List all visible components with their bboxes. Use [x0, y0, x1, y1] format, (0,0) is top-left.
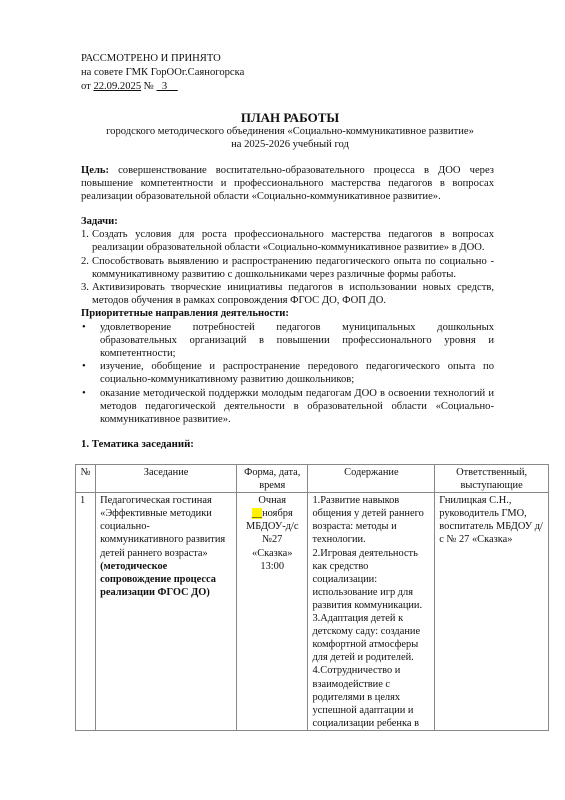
col-content: Содержание	[308, 465, 435, 493]
section-title: 1. Тематика заседаний:	[81, 438, 194, 450]
date-blank-highlight: __	[252, 508, 262, 519]
content-item: 4.Сотрудничество и взаимодействие с роди…	[312, 664, 430, 729]
goal-paragraph: Цель: совершенствование воспитательно-об…	[81, 164, 494, 204]
title-block: ПЛАН РАБОТЫ городского методического объ…	[80, 110, 500, 151]
tasks-list: 1.Создать условия для роста профессионал…	[81, 228, 494, 307]
form-date-cell: Очная __ноября МБДОУ-д/с №27 «Сказка» 13…	[237, 493, 308, 731]
approval-line-3: от 22.09.2025 № _3__	[81, 80, 244, 94]
approval-date: 22.09.2025	[93, 81, 141, 92]
table-header-row: № Заседание Форма, дата, время Содержани…	[76, 465, 549, 493]
approval-line-2: на совете ГМК ГорООг.Саяногорска	[81, 66, 244, 80]
task-text: Создать условия для роста профессиональн…	[92, 229, 494, 253]
task-number: 1.	[81, 228, 89, 241]
col-form-date-time: Форма, дата, время	[237, 465, 308, 493]
content-item: 2.Игровая деятельность как средство соци…	[312, 547, 430, 612]
priority-text: удовлетворение потребностей педагогов му…	[100, 322, 494, 359]
goal-text: совершенствование воспитательно-образова…	[81, 165, 494, 202]
priority-item: •удовлетворение потребностей педагогов м…	[81, 321, 494, 361]
task-item: 2.Способствовать выявлению и распростран…	[81, 255, 494, 281]
task-item: 3.Активизировать творческие инициативы п…	[81, 281, 494, 307]
priority-item: •изучение, обобщение и распространение п…	[81, 360, 494, 386]
goal-label: Цель:	[81, 165, 109, 176]
content-cell: 1.Развитие навыков общения у детей ранне…	[308, 493, 435, 731]
meeting-cell: Педагогическая гостиная «Эффективные мет…	[96, 493, 237, 731]
bullet-icon: •	[82, 321, 86, 334]
priorities-list: •удовлетворение потребностей педагогов м…	[81, 321, 494, 427]
academic-year: на 2025-2026 учебный год	[80, 138, 500, 151]
meeting-note: (методическое сопровождение процесса реа…	[100, 561, 216, 598]
meeting-time: 13:00	[241, 560, 303, 573]
priority-text: изучение, обобщение и распространение пе…	[100, 361, 494, 385]
page-subtitle: городского методического объединения «Со…	[80, 125, 500, 138]
task-text: Способствовать выявлению и распространен…	[92, 256, 494, 280]
meeting-title: Педагогическая гостиная «Эффективные мет…	[100, 495, 225, 558]
bullet-icon: •	[82, 387, 86, 400]
task-number: 2.	[81, 255, 89, 268]
bullet-icon: •	[82, 360, 86, 373]
content-item: 1.Развитие навыков общения у детей ранне…	[312, 494, 430, 546]
row-number: 1	[76, 493, 96, 731]
meeting-place: МБДОУ-д/с №27 «Сказка»	[241, 520, 303, 559]
col-number: №	[76, 465, 96, 493]
content-item: 3.Адаптация детей к детскому саду: созда…	[312, 612, 430, 664]
page-title: ПЛАН РАБОТЫ	[80, 110, 500, 125]
num-prefix: №	[141, 81, 156, 92]
task-number: 3.	[81, 281, 89, 294]
meeting-form: Очная	[241, 494, 303, 507]
content-list: 1.Развитие навыков общения у детей ранне…	[312, 494, 430, 730]
meeting-date: __ноября	[241, 507, 303, 520]
priority-item: •оказание методической поддержки молодым…	[81, 387, 494, 427]
tasks-label: Задачи:	[81, 215, 494, 228]
document-page: РАССМОТРЕНО И ПРИНЯТО на совете ГМК ГорО…	[0, 0, 565, 800]
date-month: ноября	[262, 508, 293, 519]
approval-line-1: РАССМОТРЕНО И ПРИНЯТО	[81, 52, 244, 66]
date-prefix: от	[81, 81, 93, 92]
task-item: 1.Создать условия для роста профессионал…	[81, 228, 494, 254]
task-text: Активизировать творческие инициативы пед…	[92, 282, 494, 306]
col-meeting: Заседание	[96, 465, 237, 493]
tasks-section: Задачи: 1.Создать условия для роста проф…	[81, 215, 494, 426]
approval-number: _3__	[157, 81, 178, 92]
responsible-cell: Гнилицкая С.Н., руководитель ГМО, воспит…	[435, 493, 549, 731]
table-row: 1 Педагогическая гостиная «Эффективные м…	[76, 493, 549, 731]
priority-text: оказание методической поддержки молодым …	[100, 388, 494, 425]
priorities-label: Приоритетные направления деятельности:	[81, 307, 494, 320]
approval-stamp: РАССМОТРЕНО И ПРИНЯТО на совете ГМК ГорО…	[81, 52, 244, 94]
meetings-table: № Заседание Форма, дата, время Содержани…	[75, 464, 549, 731]
col-responsible: Ответственный, выступающие	[435, 465, 549, 493]
